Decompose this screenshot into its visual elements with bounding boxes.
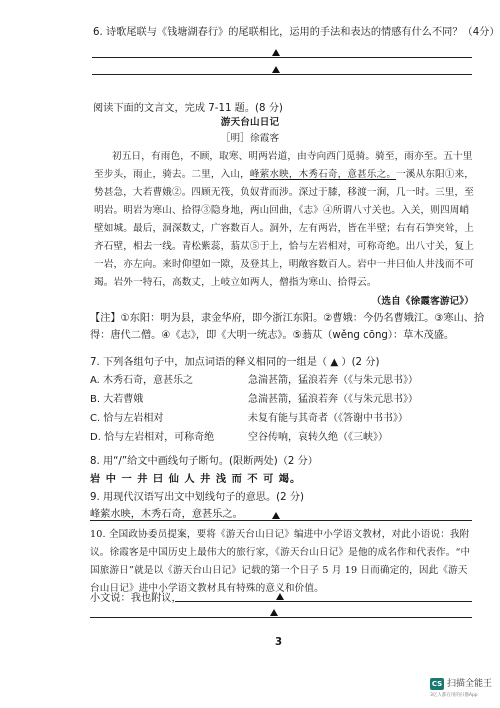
option-d[interactable]: D. 恰与左岩相对，可称奇绝空谷传响，哀转久绝（《三峡》） xyxy=(90,431,388,444)
answer-marker-icon xyxy=(272,49,280,56)
watermark-tagline: 3亿人都在用的扫描App xyxy=(430,693,478,699)
answer-marker-icon xyxy=(272,66,280,73)
q10-line-1: 10. 全国政协委员提案，要将《游天台山日记》编进中小学语文教材，对此小语说：我… xyxy=(90,526,469,544)
answer-line-q6-2[interactable] xyxy=(92,74,472,75)
passage-line-2-b: 一溪从东阳①来， xyxy=(396,169,474,180)
q10-line-3: 国旅游日”就是以《游天台山日记》记载的第一个日子 5 月 19 日而确定的，因此… xyxy=(90,562,468,580)
passage-line-8: 竭。岩外一特石，高数丈，上岐立如两人，僧指为寒山、拾得云。 xyxy=(94,274,377,292)
option-b[interactable]: B. 大若曹娥急湍甚箭，猛浪若奔（《与朱元思书》） xyxy=(90,393,418,406)
answer-marker-icon xyxy=(272,512,280,519)
passage-author: ［明］徐霞客 xyxy=(0,130,500,148)
answer-line-q10-2[interactable] xyxy=(90,617,472,618)
passage-line-2: 至步头，雨止，骑去。二里，入山，峰萦水映，木秀石奇，意甚乐之。一溪从东阳①来， xyxy=(94,166,474,184)
question-7: 7. 下列各组句子中，加点词语的释义相同的一组是（ ▲ ）(2 分) xyxy=(90,356,379,369)
passage-line-1: 初五日，有雨色，不顾，取寒、明两岩道，由寺向西门觅骑。骑至，雨亦至。五十里 xyxy=(112,148,473,166)
answer-line-q6-1[interactable] xyxy=(92,57,472,58)
answer-line-q9[interactable] xyxy=(90,520,472,521)
passage-line-2-a: 至步头，雨止，骑去。二里，入山， xyxy=(94,169,250,180)
question-9: 9. 用现代汉语写出文中划线句子的意思。(2 分) xyxy=(90,491,304,504)
answer-marker-icon xyxy=(276,593,284,600)
passage-source: （选自《徐霞客游记》） xyxy=(372,293,474,311)
passage-line-7: 一岩，亦左向。来时仰望如一隙，及登其上，明敞容数百人。岩中一井曰仙人井浅而不可 xyxy=(94,256,474,274)
underlined-sentence: 峰萦水映，木秀石奇，意甚乐之。 xyxy=(250,169,396,180)
q10-prompt: 小文说：我也附议， xyxy=(90,592,182,605)
q8-sentence: 岩 中 一 井 曰 仙 人 井 浅 而 不 可 竭。 xyxy=(90,473,301,486)
camscanner-logo-icon: CS xyxy=(430,678,444,690)
question-6: 6. 诗歌尾联与《钱塘湖春行》的尾联相比，运用的手法和表达的情感有什么不同？（4… xyxy=(93,26,500,39)
watermark-name: 扫描全能王 xyxy=(447,678,492,690)
passage-line-6: 齐石壁，相去一线。青松紫蕊，蓊苁⑤于上，恰与左岩相对，可称奇绝。出八寸关，复上 xyxy=(94,238,474,256)
answer-marker-icon xyxy=(270,609,278,616)
passage-line-4: 明岩。明岩为寒山、拾得③隐身地，两山回曲，《志》④所谓八寸关也。入关，则四周峭 xyxy=(94,202,469,220)
q10-line-2: 议。徐霞客是中国历史上最伟大的旅行家，《游天台山日记》是他的成名作和代表作。“中 xyxy=(90,544,470,562)
option-c[interactable]: C. 恰与左岩相对未复有能与其奇者（《答谢中书书》） xyxy=(90,412,408,425)
passage-line-5: 壁如城。最后，洞深数丈，广容数百人。洞外，左有两岩，皆在半壁；右有石笋突耸，上 xyxy=(94,220,474,238)
notes-line-2: 得：唐代二僧。④《志》，即《大明一统志》。⑤蓊苁（wěng cōng）：草木茂盛… xyxy=(90,329,454,342)
option-a[interactable]: A. 木秀石奇，意甚乐之急湍甚箭，猛浪若奔（《与朱元思书》） xyxy=(90,374,418,387)
passage-line-3: 势甚急，大若曹娥②。四顾无筏，负奴背而涉。深过于膝，移渡一涧，几一时。三里，至 xyxy=(94,184,474,202)
page-number: 3 xyxy=(275,636,282,649)
notes-line-1: 【注】①东阳：明为县，隶金华府，即今浙江东阳。②曹娥：今仍名曹娥江。③寒山、拾 xyxy=(90,312,484,325)
answer-line-q10-1[interactable] xyxy=(175,601,472,602)
question-8: 8. 用“/”给文中画线句子断句。(限断两处)（2 分） xyxy=(90,455,318,468)
